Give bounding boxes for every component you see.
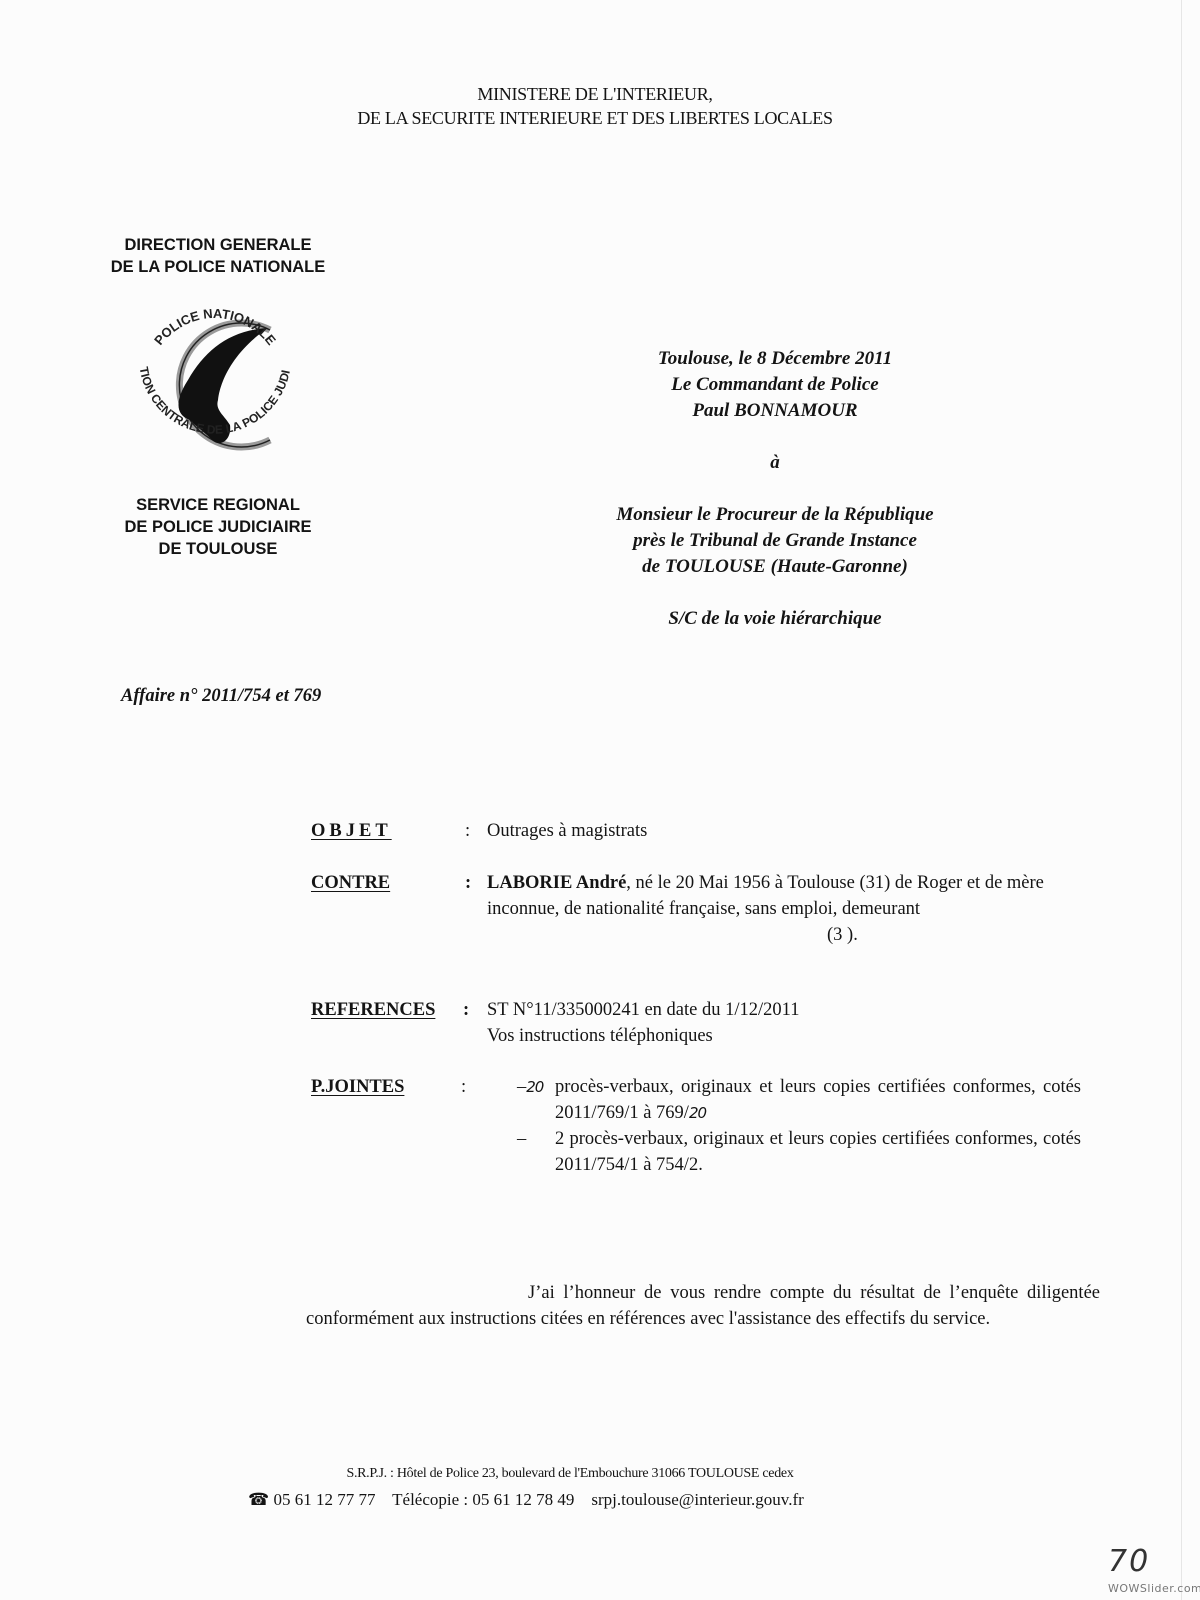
- ministry-line-2: DE LA SECURITE INTERIEURE ET DES LIBERTE…: [300, 106, 890, 130]
- suspect-name: LABORIE André: [487, 873, 626, 893]
- ministry-header: MINISTERE DE L'INTERIEUR, DE LA SECURITE…: [300, 82, 890, 130]
- footer-address: S.R.P.J. : Hôtel de Police 23, boulevard…: [230, 1466, 910, 1482]
- sender-recipient-block: Toulouse, le 8 Décembre 2011 Le Commanda…: [560, 346, 990, 632]
- service-line-2: DE POLICE JUDICIAIRE: [88, 516, 348, 538]
- references-value: ST N°11/335000241 en date du 1/12/2011 V…: [487, 997, 1091, 1049]
- sender-name: Paul BONNAMOUR: [560, 398, 990, 424]
- contre-colon: :: [465, 870, 471, 896]
- telephone-icon: ☎: [248, 1490, 269, 1509]
- reference-line-2: Vos instructions téléphoniques: [487, 1023, 1091, 1049]
- handwritten-end: 20: [689, 1104, 706, 1122]
- service-line-3: DE TOULOUSE: [88, 538, 348, 560]
- attachment-item: –20 procès-verbaux, originaux et leurs c…: [517, 1074, 1081, 1126]
- watermark: WOWSlider.com: [1108, 1582, 1200, 1595]
- to-word: à: [560, 450, 990, 476]
- handwritten-page-number: 70: [1108, 1544, 1150, 1579]
- case-number: Affaire n° 2011/754 et 769: [121, 686, 321, 707]
- handwritten-count: 20: [526, 1078, 543, 1096]
- reference-line-1: ST N°11/335000241 en date du 1/12/2011: [487, 997, 1091, 1023]
- service-heading: SERVICE REGIONAL DE POLICE JUDICIAIRE DE…: [88, 494, 348, 560]
- objet-row: OBJET : Outrages à magistrats: [311, 818, 1101, 844]
- recipient-line-1: Monsieur le Procureur de la République: [560, 502, 990, 528]
- scan-edge: [1181, 0, 1182, 1600]
- dgpn-line-1: DIRECTION GENERALE: [88, 234, 348, 256]
- recipient-line-2: près le Tribunal de Grande Instance: [560, 528, 990, 554]
- dgpn-line-2: DE LA POLICE NATIONALE: [88, 256, 348, 278]
- objet-label: OBJET: [311, 818, 392, 844]
- footer-email: srpj.toulouse@interieur.gouv.fr: [591, 1490, 803, 1509]
- attachments-list: –20 procès-verbaux, originaux et leurs c…: [517, 1074, 1081, 1178]
- place-date: Toulouse, le 8 Décembre 2011: [560, 346, 990, 372]
- dgpn-heading: DIRECTION GENERALE DE LA POLICE NATIONAL…: [88, 234, 348, 278]
- sender-title: Le Commandant de Police: [560, 372, 990, 398]
- contre-label: CONTRE: [311, 870, 390, 896]
- body-paragraph: J’ai l’honneur de vous rendre compte du …: [306, 1280, 1100, 1332]
- address-fragment: (3 ).: [487, 922, 1081, 948]
- recipient-line-3: de TOULOUSE (Haute-Garonne): [560, 554, 990, 580]
- references-row: REFERENCES : ST N°11/335000241 en date d…: [311, 997, 1101, 1049]
- ministry-line-1: MINISTERE DE L'INTERIEUR,: [300, 82, 890, 106]
- contre-row: CONTRE : LABORIE André, né le 20 Mai 195…: [311, 870, 1101, 950]
- references-label: REFERENCES: [311, 997, 435, 1023]
- footer-contacts: ☎ 05 61 12 77 77 Télécopie : 05 61 12 78…: [248, 1490, 804, 1510]
- footer-phone: 05 61 12 77 77: [273, 1490, 375, 1509]
- footer-fax-label: Télécopie :: [392, 1490, 468, 1509]
- contre-value: LABORIE André, né le 20 Mai 1956 à Toulo…: [487, 870, 1081, 948]
- references-colon: :: [463, 997, 469, 1023]
- pjointes-colon: :: [461, 1074, 466, 1100]
- footer-fax: 05 61 12 78 49: [472, 1490, 574, 1509]
- police-judiciaire-emblem-icon: POLICE NATIONALE DIRECTION CENTRALE DE L…: [120, 290, 310, 480]
- pjointes-row: P.JOINTES : –20 procès-verbaux, originau…: [311, 1074, 1101, 1184]
- attachment-item: – 2 procès-verbaux, originaux et leurs c…: [517, 1126, 1081, 1178]
- service-line-1: SERVICE REGIONAL: [88, 494, 348, 516]
- via-line: S/C de la voie hiérarchique: [560, 606, 990, 632]
- objet-value: Outrages à magistrats: [487, 818, 1091, 844]
- pjointes-label: P.JOINTES: [311, 1074, 404, 1100]
- objet-colon: :: [465, 818, 470, 844]
